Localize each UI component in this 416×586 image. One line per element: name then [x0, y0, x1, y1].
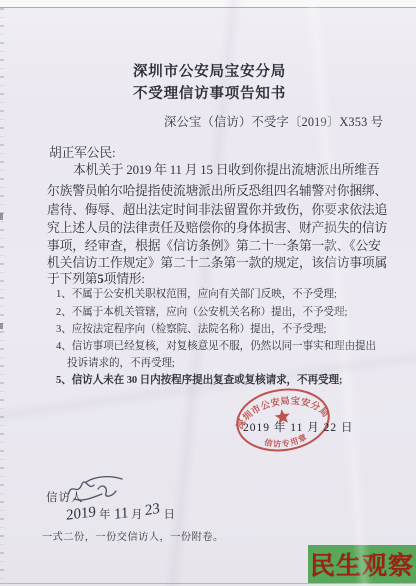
- site-watermark: 民生观察: [308, 545, 416, 583]
- year-unit: 年: [99, 506, 111, 522]
- handwritten-year: 2019: [66, 504, 96, 525]
- copies-note: 一式二份，一份交信访人，一份附卷。: [42, 528, 224, 543]
- paragraph-line: 究上述人员的法律责任及赔偿你的身体损害、财产损失的信访: [47, 217, 387, 236]
- list-item-2: 2、不属于本机关管辖，应向（公安机关名称）提出，不予受理;: [56, 304, 347, 319]
- edge-mark: [0, 213, 3, 220]
- paper-top-edge: [0, 0, 416, 8]
- handwritten-signature: [64, 473, 128, 507]
- paragraph-line: 尔族警员帕尔哈提指使流塘派出所反恐组四名辅警对你捆绑、: [47, 180, 387, 199]
- paragraph-line: 本机关于 2019 年 11 月 15 日收到你提出流塘派出所维吾: [73, 159, 379, 178]
- seal-star-icon: [274, 408, 291, 424]
- list-item-4: 4、信访事项已经复核，对复核意见不服，仍然以同一事实和理由提出: [56, 338, 376, 353]
- svg-text:信访专用章: 信访专用章: [262, 431, 310, 452]
- document-number: 深公宝（信访）不受字〔2019〕X353 号: [164, 112, 383, 130]
- paragraph-tail-pre: 于下列第: [47, 272, 97, 286]
- seal-subtitle-text: 信访专用章: [262, 431, 310, 452]
- list-item-1: 1、不属于公安机关职权范围，应向有关部门反映，不予受理;: [56, 286, 337, 301]
- day-unit: 日: [163, 506, 175, 522]
- paper-bottom-edge: [0, 583, 416, 584]
- notice-title: 不受理信访事项告知书: [133, 82, 286, 103]
- edge-mark: [0, 323, 3, 329]
- document-page: 深圳市公安局宝安分局 不受理信访事项告知书 深公宝（信访）不受字〔2019〕X3…: [0, 0, 416, 586]
- paragraph-line: 于下列第5项情形:: [47, 268, 145, 287]
- month-unit: 月: [131, 506, 143, 522]
- petitioner-date: 2019年11月23日: [66, 505, 178, 523]
- handwritten-day: 23: [145, 501, 160, 521]
- paper-left-edge: [0, 8, 4, 582]
- official-seal: 深圳市公安局宝安分局 信访专用章: [226, 378, 346, 468]
- list-item-3: 3、应按法定程序向（检察院、法院名称）提出，不予受理;: [56, 321, 326, 336]
- list-item-4-continuation: 投诉请求的，不再受理;: [67, 355, 175, 370]
- paragraph-tail-post: 项情形:: [104, 272, 145, 286]
- paragraph-line: 虐待、侮辱、超出法定时间非法留置你并致伤，你要求依法追: [47, 199, 387, 218]
- issuing-org-name: 深圳市公安局宝安分局: [133, 60, 286, 81]
- handwritten-month: 11: [113, 505, 128, 524]
